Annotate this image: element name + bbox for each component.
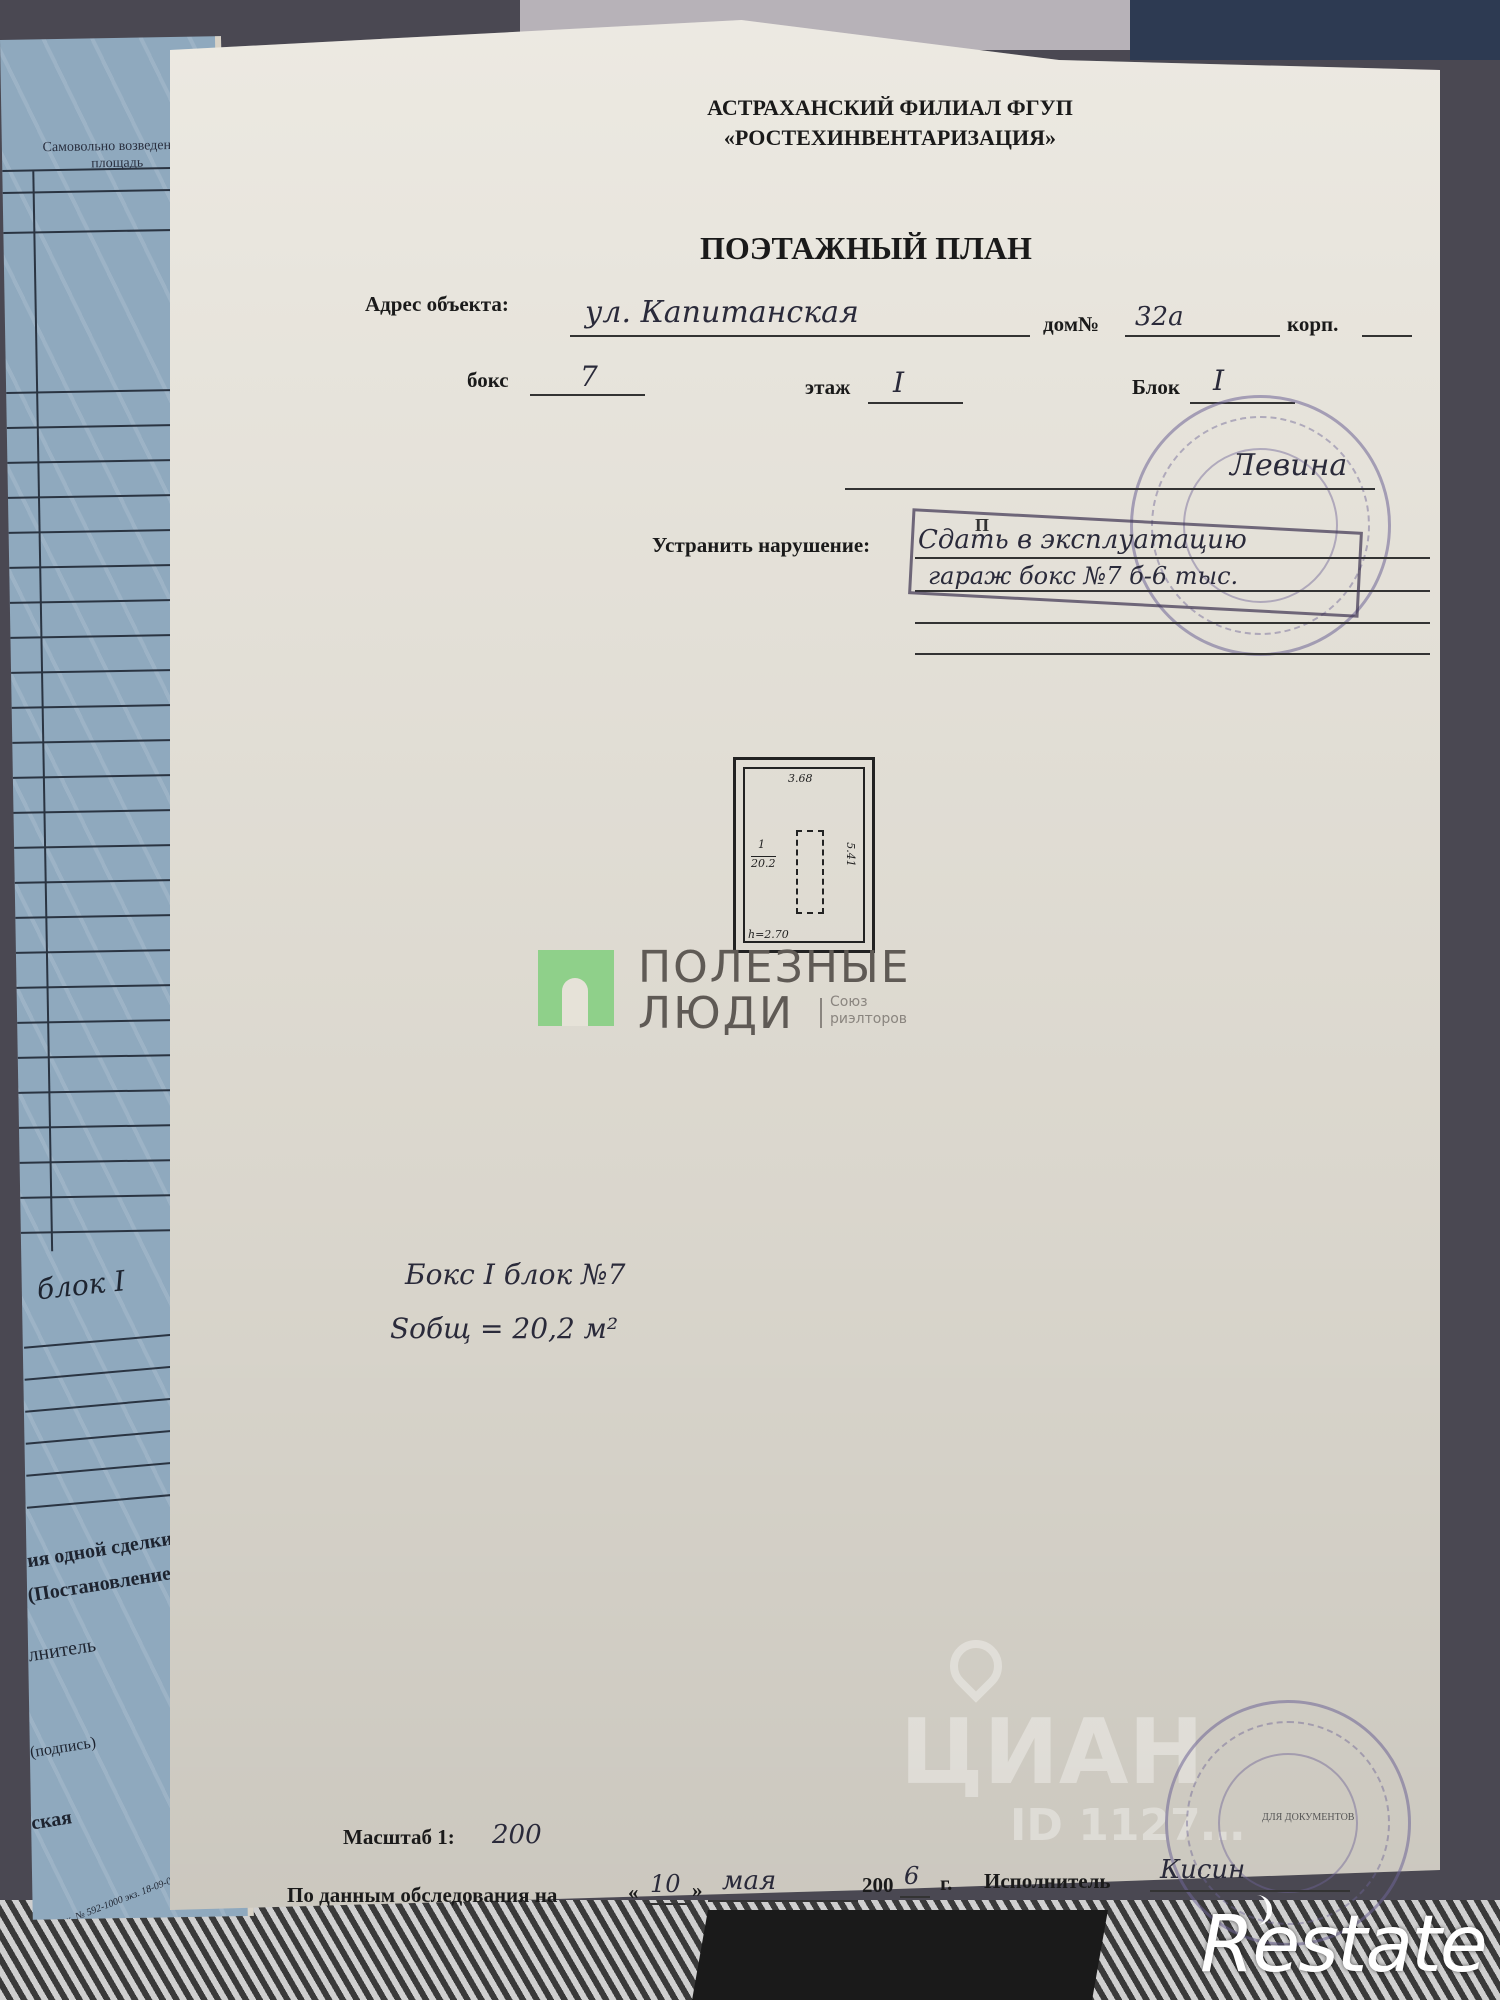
survey-month-line — [708, 1900, 858, 1902]
scale-value: 200 — [492, 1820, 542, 1850]
quote-close: » — [692, 1878, 703, 1903]
violation-label: Устранить нарушение: — [652, 533, 870, 558]
survey-year-unit: г. — [940, 1871, 952, 1896]
background-object — [1130, 0, 1500, 60]
block-label: Блок — [1132, 375, 1180, 400]
quote-open: « — [628, 1880, 639, 1905]
box-field-line — [530, 394, 645, 396]
room-area: 20.2 — [751, 856, 776, 870]
address-field-line — [570, 335, 1030, 337]
building-label: корп. — [1287, 312, 1338, 337]
house-value: 32а — [1135, 302, 1184, 332]
logo-text-line-1: ПОЛЕЗНЫЕ — [638, 942, 911, 993]
executor-label: Исполнитель — [984, 1869, 1110, 1894]
signature-line — [845, 488, 1375, 490]
logo-subtitle-line-1: Союз — [830, 994, 907, 1011]
executor-line — [1150, 1890, 1350, 1892]
box-value: 7 — [580, 360, 598, 393]
violation-line — [915, 622, 1430, 624]
address-label: Адрес объекта: — [365, 292, 509, 317]
background-object — [692, 1910, 1108, 2000]
logo-subtitle: Союз риэлторов — [830, 994, 907, 1028]
survey-month: мая — [722, 1866, 776, 1896]
table-column-line — [32, 171, 53, 1251]
address-value: ул. Капитанская — [585, 295, 859, 330]
logo-subtitle-line-2: риэлторов — [830, 1011, 907, 1028]
room-number: 1 — [758, 838, 765, 851]
logo-separator — [820, 998, 822, 1028]
floor-value: I — [893, 366, 904, 399]
executor-signature: Кисин — [1160, 1855, 1245, 1885]
stamp-bottom-text: ДЛЯ ДОКУМЕНТОВ — [1262, 1812, 1354, 1823]
survey-day: 10 — [650, 1870, 681, 1898]
room-length-label: 5.41 — [844, 842, 857, 867]
document-title: ПОЭТАЖНЫЙ ПЛАН — [700, 230, 1032, 267]
house-field-line — [1125, 335, 1280, 337]
restate-watermark: Restate — [1200, 1900, 1486, 1990]
signature-top: Левина — [1230, 448, 1347, 483]
floor-plan-drawing: 3.68 5.41 1 20.2 h=2.70 — [733, 757, 875, 953]
survey-day-line — [645, 1903, 690, 1905]
scale-label: Масштаб 1: — [343, 1825, 455, 1850]
cian-watermark-name: ЦИАН — [900, 1700, 1204, 1805]
room-width-label: 3.68 — [788, 772, 813, 785]
survey-label: По данным обследования на — [287, 1883, 557, 1908]
block-value: I — [1213, 364, 1224, 397]
logo-arch-icon — [538, 950, 614, 1026]
floor-label: этаж — [805, 375, 850, 400]
violation-line — [915, 653, 1430, 655]
survey-year-line — [900, 1896, 930, 1898]
box-label: бокс — [467, 368, 509, 393]
survey-year-suffix: 6 — [904, 1862, 919, 1890]
organization-line-1: АСТРАХАНСКИЙ ФИЛИАЛ ФГУП — [0, 95, 1500, 121]
house-label: дом№ — [1043, 312, 1099, 337]
car-outline — [796, 830, 824, 914]
floor-field-line — [868, 402, 963, 404]
building-field-line — [1362, 335, 1412, 337]
survey-year-prefix: 200 — [862, 1873, 894, 1898]
organization-line-2: «РОСТЕХИНВЕНТАРИЗАЦИЯ» — [0, 125, 1500, 151]
logo-text-line-2: ЛЮДИ — [638, 988, 794, 1039]
handnote-line-1: Бокс I блок №7 — [405, 1258, 625, 1291]
room-height-label: h=2.70 — [748, 928, 789, 941]
handnote-line-2: Sобщ = 20,2 м² — [390, 1312, 618, 1345]
violation-stamp-letter: П — [975, 515, 989, 536]
